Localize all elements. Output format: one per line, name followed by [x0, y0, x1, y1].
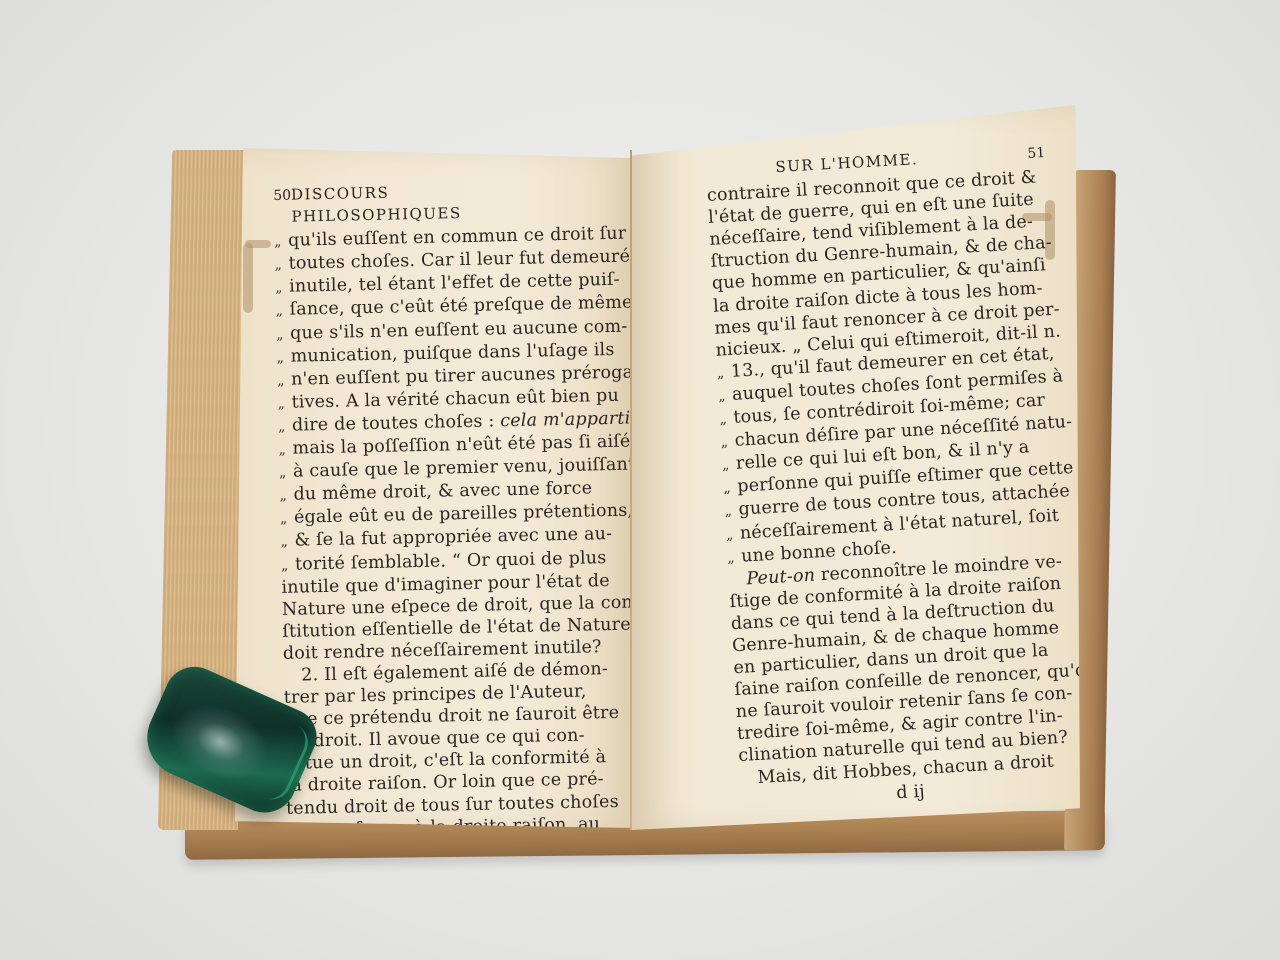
quote-mark: „ — [718, 385, 733, 408]
quote-mark: „ — [280, 508, 294, 530]
photo-scene: 50 DISCOURS PHILOSOPHIQUES „qu'ils euſſe… — [0, 0, 1280, 960]
quote-mark: „ — [727, 546, 742, 569]
quote-mark: „ — [721, 454, 736, 477]
page-number: 51 — [1027, 142, 1046, 165]
book-gutter — [630, 150, 632, 830]
water-stain — [245, 240, 271, 248]
page-number: 50 — [273, 185, 291, 207]
water-stain — [243, 243, 253, 313]
quote-mark: „ — [723, 477, 738, 500]
quote-mark: „ — [276, 323, 290, 345]
italic-text: cela m'appartient; — [500, 408, 635, 431]
quote-mark: „ — [278, 416, 292, 438]
right-page-text: SUR L'HOMME. 51 contraire il reconnoit q… — [705, 141, 1080, 813]
quote-mark: „ — [719, 408, 734, 431]
quote-mark: „ — [277, 393, 291, 415]
quote-mark: „ — [279, 462, 293, 484]
running-head: 50 DISCOURS PHILOSOPHIQUES — [273, 177, 592, 228]
quote-mark: „ — [280, 531, 294, 553]
quote-mark: „ — [275, 300, 289, 322]
text-lines: contraire il reconnoit que ce droit &l'é… — [706, 166, 1079, 790]
quote-mark: „ — [278, 439, 292, 461]
quote-mark: „ — [274, 231, 288, 253]
quote-mark: „ — [274, 254, 288, 276]
right-page: SUR L'HOMME. 51 contraire il reconnoit q… — [630, 105, 1080, 830]
line-text: dire de toutes choſes : — [292, 411, 501, 435]
text-lines: „qu'ils euſſent en commun ce droit ſur„t… — [274, 224, 605, 828]
left-page-text: 50 DISCOURS PHILOSOPHIQUES „qu'ils euſſe… — [273, 177, 605, 828]
quote-mark: „ — [277, 369, 291, 391]
quote-mark: „ — [724, 500, 739, 523]
quote-mark: „ — [281, 554, 295, 576]
quote-mark: „ — [275, 277, 289, 299]
quote-mark: „ — [720, 431, 735, 454]
quote-mark: „ — [716, 362, 731, 385]
italic-text: Peut-on — [746, 565, 816, 589]
quote-mark: „ — [276, 346, 290, 368]
quote-mark: „ — [279, 485, 293, 507]
running-head-title: DISCOURS PHILOSOPHIQUES — [291, 178, 542, 227]
quote-mark: „ — [725, 523, 740, 546]
